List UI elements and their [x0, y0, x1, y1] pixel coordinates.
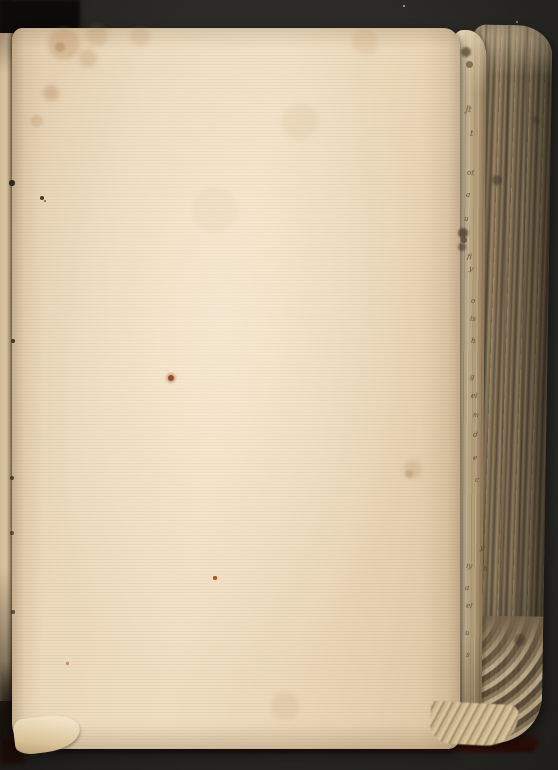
book-scan-photo: ʃttotaufiyoishgelmdecıyyhaelus	[0, 0, 558, 770]
stain	[516, 21, 518, 23]
page-curl-bottom-left	[12, 712, 82, 756]
stain	[403, 5, 405, 7]
blank-book-page	[12, 28, 460, 749]
